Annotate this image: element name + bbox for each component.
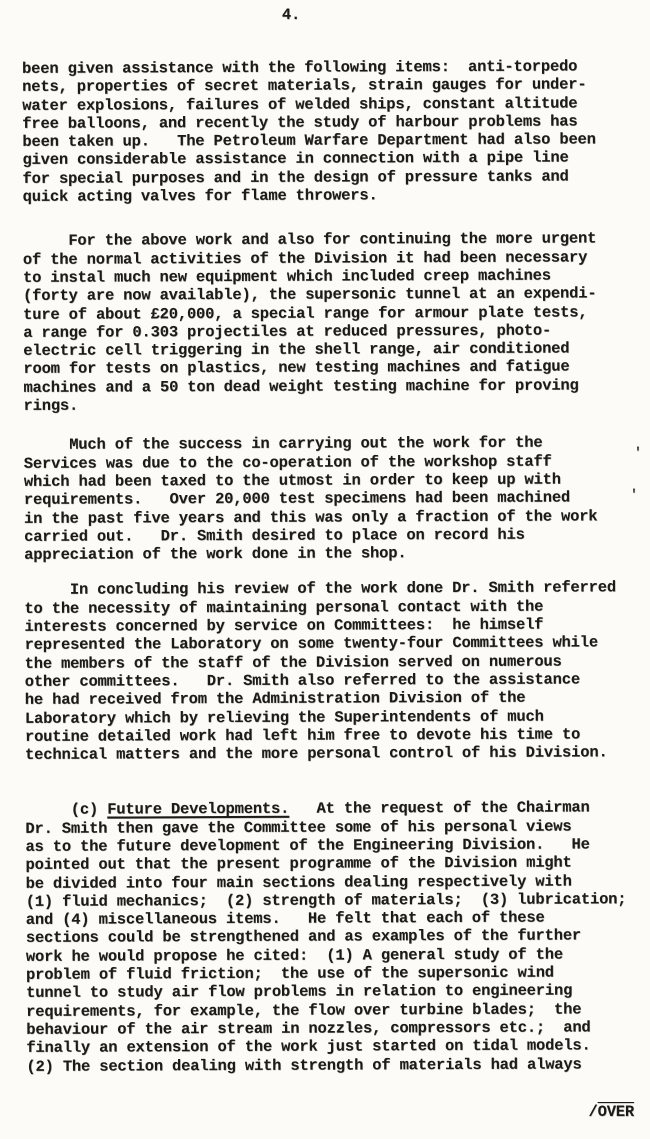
- text-line: machines and a 50 ton dead weight testin…: [23, 376, 645, 397]
- page-number: 4.: [0, 0, 616, 24]
- paragraph: (c) Future Developments. At the request …: [25, 799, 648, 1076]
- text-line: for special purposes and in the design o…: [22, 167, 644, 188]
- text-line: work he would propose he cited: (1) A ge…: [26, 945, 648, 966]
- footer-note: /OVER: [588, 1103, 634, 1121]
- text-line: technical matters and the more personal …: [25, 744, 647, 765]
- text-line: requirements. Over 20,000 test specimens…: [24, 489, 646, 510]
- text-line: quick acting valves for flame throwers.: [23, 186, 645, 207]
- text-line: (2) The section dealing with strength of…: [26, 1055, 648, 1076]
- paragraph: In concluding his review of the work don…: [24, 579, 647, 765]
- section-heading: Future Developments.: [107, 800, 289, 819]
- paragraph: Much of the success in carrying out the …: [24, 434, 647, 565]
- footer-slash: /: [588, 1103, 597, 1121]
- text-line: of the normal activities of the Division…: [23, 248, 645, 269]
- text-line: (1) fluid mechanics; (2) strength of mat…: [26, 890, 648, 911]
- text-line: appreciation of the work done in the sho…: [24, 544, 646, 565]
- paragraph: For the above work and also for continui…: [23, 230, 646, 416]
- footer-over-label: OVER: [598, 1103, 634, 1121]
- text-segment: (c): [25, 801, 107, 819]
- text-line: ture of about £20,000, a special range f…: [23, 303, 645, 324]
- text-line: in the past five years and this was only…: [24, 507, 646, 528]
- text-line: In concluding his review of the work don…: [24, 579, 646, 600]
- text-line: rings.: [23, 395, 645, 416]
- text-line: other committees. Dr. Smith also referre…: [25, 670, 647, 691]
- document-page: 4. been given assistance with the follow…: [0, 0, 650, 1139]
- paragraph: been given assistance with the following…: [22, 57, 645, 206]
- scan-artifact: ': [634, 444, 642, 462]
- document-body: been given assistance with the following…: [0, 57, 650, 1076]
- text-segment: At the request of the Chairman: [289, 799, 589, 818]
- scan-artifact: ': [630, 486, 638, 504]
